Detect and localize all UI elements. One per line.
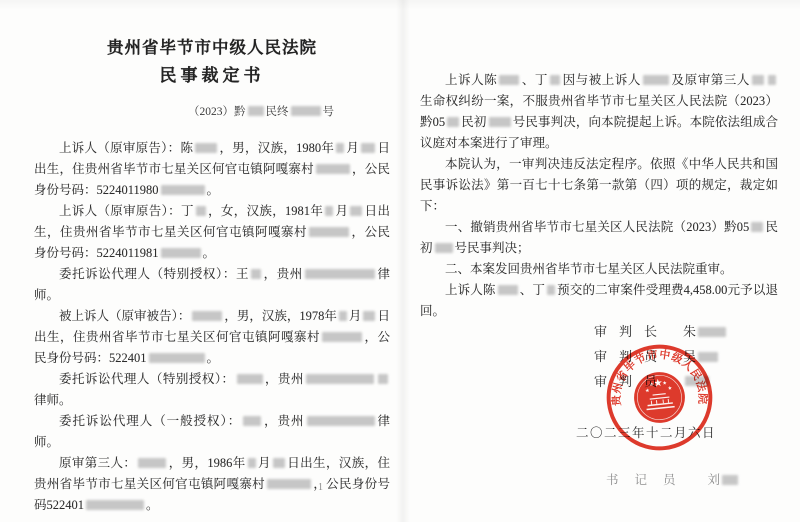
- redacted-text: [195, 143, 217, 153]
- redacted-text: [322, 332, 362, 342]
- redacted-text: [273, 458, 285, 468]
- redacted-text: [435, 243, 453, 253]
- presiding-judge-label: 审判长: [594, 321, 669, 340]
- redacted-text: [307, 416, 375, 426]
- redacted-text: [547, 285, 555, 295]
- party-paragraph-agent-2: 委托诉讼代理人（特别授权）：，贵州律师。: [34, 369, 390, 411]
- redacted-text: [350, 206, 362, 216]
- court-seal: 贵州省毕节市中级人民法院 ★ ★ ★ ★ ★: [595, 335, 723, 460]
- party-paragraph-appellant-2: 上诉人（原审原告）：丁，女，汉族，1981年月日出生，住贵州省毕节市七星关区何官…: [34, 201, 390, 264]
- redacted-text: [316, 164, 350, 174]
- fee-refund-paragraph: 上诉人陈、丁预交的二审案件受理费4,458.00元予以退回。: [420, 280, 778, 322]
- party-paragraph-appellee: 被上诉人（原审被告）：，男，汉族，1978年月日出生，住贵州省毕节市七星关区何官…: [34, 306, 390, 369]
- redacted-text: [336, 143, 344, 153]
- redacted-text: [339, 311, 347, 321]
- page-left: 贵州省毕节市中级人民法院 民事裁定书 （2023）黔民终号 上诉人（原审原告）：…: [34, 34, 390, 516]
- redacted-text: [243, 416, 261, 426]
- redacted-text: [768, 75, 776, 85]
- party-paragraph-agent-3: 委托诉讼代理人（一般授权）：，贵州律师。: [34, 411, 390, 453]
- ruling-item-2: 二、本案发回贵州省毕节市七星关区人民法院重审。: [420, 259, 778, 280]
- redacted-text: [251, 269, 261, 279]
- redacted-text: [237, 374, 263, 384]
- court-opinion-paragraph: 本院认为，一审判决违反法定程序。依照《中华人民共和国民事诉讼法》第一百七十七条第…: [420, 154, 778, 217]
- redacted-text: [138, 458, 166, 468]
- document-heading: 贵州省毕节市中级人民法院 民事裁定书: [34, 34, 390, 86]
- redacted-text: [447, 117, 459, 127]
- redacted-text: [248, 106, 264, 116]
- redacted-text: [161, 185, 205, 195]
- redacted-text: [498, 285, 518, 295]
- clerk-name: 刘: [708, 470, 741, 488]
- redacted-text: [722, 475, 738, 485]
- right-page-body: 上诉人陈、丁因与被上诉人及原审第三人生命权纠纷一案，不服贵州省毕节市七星关区人民…: [420, 70, 778, 322]
- redacted-text: [161, 248, 201, 258]
- redacted-text: [291, 106, 321, 116]
- redacted-text: [267, 479, 311, 489]
- redacted-text: [248, 458, 256, 468]
- redacted-text: [86, 500, 144, 510]
- court-name: 贵州省毕节市中级人民法院: [34, 34, 390, 58]
- redacted-text: [378, 374, 388, 384]
- clerk-label: 书记员: [606, 470, 692, 488]
- redacted-text: [752, 75, 764, 85]
- left-page-body: 上诉人（原审原告）：陈，男，汉族，1980年月日出生，住贵州省毕节市七星关区何官…: [34, 138, 390, 516]
- redacted-text: [363, 311, 375, 321]
- party-paragraph-appellant-1: 上诉人（原审原告）：陈，男，汉族，1980年月日出生，住贵州省毕节市七星关区何官…: [34, 138, 390, 201]
- redacted-text: [643, 75, 669, 85]
- redacted-text: [149, 353, 205, 363]
- case-summary-paragraph: 上诉人陈、丁因与被上诉人及原审第三人生命权纠纷一案，不服贵州省毕节市七星关区人民…: [420, 70, 778, 154]
- national-emblem-icon: ★ ★ ★ ★ ★: [632, 370, 688, 426]
- redacted-text: [751, 222, 763, 232]
- redacted-text: [306, 374, 374, 384]
- ruling-item-1: 一、撤销贵州省毕节市七星关区人民法院（2023）黔05民初号民事判决；: [420, 217, 778, 259]
- case-number: （2023）黔民终号: [34, 103, 390, 119]
- party-paragraph-third-party: 原审第三人：，男，1986年月日出生，汉族，住贵州省毕节市七星关区何官屯镇阿嘎寨…: [34, 453, 390, 516]
- redacted-text: [361, 143, 375, 153]
- document-title: 民事裁定书: [34, 61, 390, 86]
- page-right: 上诉人陈、丁因与被上诉人及原审第三人生命权纠纷一案，不服贵州省毕节市七星关区人民…: [420, 70, 778, 322]
- scanned-court-document: 贵州省毕节市中级人民法院 民事裁定书 （2023）黔民终号 上诉人（原审原告）：…: [0, 0, 800, 522]
- page-gutter-shadow: [396, 0, 410, 522]
- clerk-signature-row: 书记员 刘: [606, 470, 740, 488]
- page-number: 1: [318, 482, 323, 493]
- redacted-text: [192, 311, 222, 321]
- redacted-text: [309, 227, 349, 237]
- redacted-text: [499, 75, 519, 85]
- redacted-text: [550, 75, 560, 85]
- redacted-text: [325, 206, 333, 216]
- redacted-text: [196, 206, 206, 216]
- party-paragraph-agent-1: 委托诉讼代理人（特别授权）：王，贵州律师。: [34, 264, 390, 306]
- redacted-text: [489, 117, 511, 127]
- redacted-text: [305, 269, 375, 279]
